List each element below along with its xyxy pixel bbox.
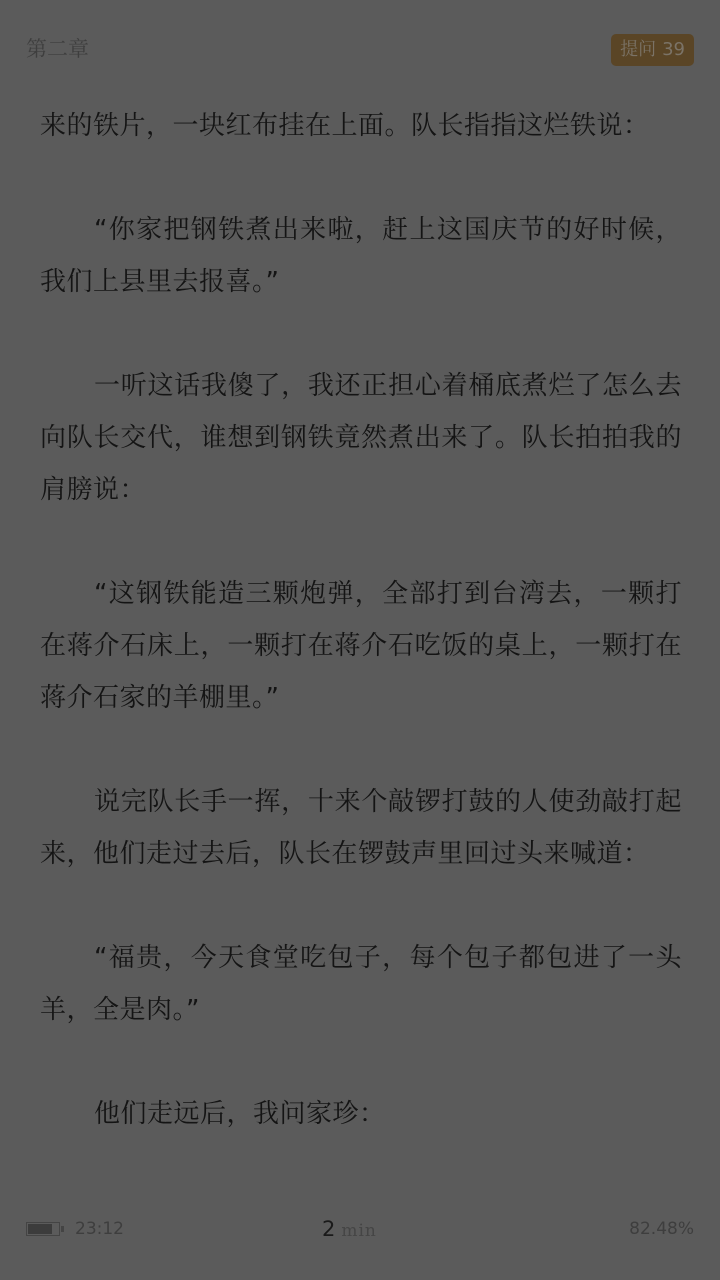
chapter-title: 第二章 (26, 34, 89, 64)
ask-count: 39 (662, 34, 685, 66)
reading-time-unit: min (341, 1218, 377, 1244)
paragraph: “这钢铁能造三颗炮弹，全部打到台湾去，一颗打在蒋介石床上，一颗打在蒋介石吃饭的桌… (40, 568, 682, 724)
paragraph: “你家把钢铁煮出来啦，赶上这国庆节的好时候，我们上县里去报喜。” (40, 204, 682, 308)
battery-level (28, 1224, 52, 1234)
paragraph: 他们走远后，我问家珍： (40, 1088, 682, 1140)
clock-time: 23:12 (75, 1218, 124, 1240)
battery-icon (26, 1222, 60, 1236)
paragraph: 来的铁片，一块红布挂在上面。队长指指这烂铁说： (40, 100, 682, 152)
reading-content[interactable]: 来的铁片，一块红布挂在上面。队长指指这烂铁说： “你家把钢铁煮出来啦，赶上这国庆… (40, 100, 682, 1192)
reading-time: 2 min (322, 1216, 377, 1244)
reading-progress: 82.48% (629, 1218, 694, 1240)
reading-time-value: 2 (322, 1216, 335, 1242)
paragraph: “福贵，今天食堂吃包子，每个包子都包进了一头羊，全是肉。” (40, 932, 682, 1036)
reader-header: 第二章 提问 39 (0, 0, 720, 100)
ask-question-button[interactable]: 提问 39 (611, 34, 694, 66)
battery-tip-icon (61, 1226, 64, 1232)
reader-footer: 23:12 2 min 82.48% (0, 1210, 720, 1250)
paragraph: 说完队长手一挥，十来个敲锣打鼓的人使劲敲打起来，他们走过去后，队长在锣鼓声里回过… (40, 776, 682, 880)
ask-label: 提问 (620, 34, 656, 66)
paragraph: 一听这话我傻了，我还正担心着桶底煮烂了怎么去向队长交代，谁想到钢铁竟然煮出来了。… (40, 360, 682, 516)
